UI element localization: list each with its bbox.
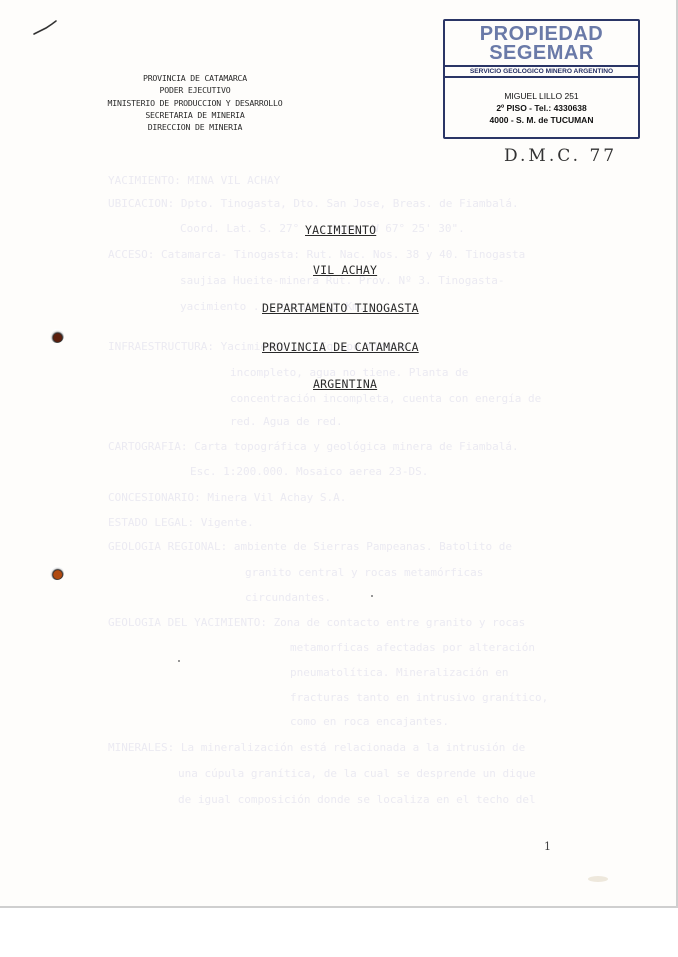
show-through-line: como en roca encajantes. [290,715,449,728]
show-through-line: de igual composición donde se localiza e… [178,793,536,806]
stamp-subtitle: SERVICIO GEOLOGICO MINERO ARGENTINO [445,65,638,78]
show-through-line: red. Agua de red. [230,415,343,428]
title-country: ARGENTINA [313,377,377,391]
speck [371,595,373,597]
show-through-line: circundantes. [245,591,331,604]
show-through-line: CONCESIONARIO: Minera Vil Achay S.A. [108,491,346,504]
stamp-title: SEGEMAR [445,44,638,63]
title-yacimiento: YACIMIENTO [305,223,376,237]
stamp-address-line: 4000 - S. M. de TUCUMAN [445,114,638,126]
title-deposit-name: VIL ACHAY [313,263,377,277]
letterhead-line: SECRETARIA DE MINERIA [100,109,290,121]
show-through-line: una cúpula granítica, de la cual se desp… [178,767,536,780]
show-through-line: granito central y rocas metamórficas [245,566,483,579]
punch-hole-icon [50,566,64,580]
show-through-line: YACIMIENTO: MINA VIL ACHAY [108,174,280,187]
letterhead-line: PODER EJECUTIVO [100,84,290,96]
letterhead: PROVINCIA DE CATAMARCA PODER EJECUTIVO M… [100,72,290,133]
letterhead-line: MINISTERIO DE PRODUCCION Y DESARROLLO [100,97,290,109]
page-number: 1 [544,840,551,853]
show-through-line: concentración incompleta, cuenta con ene… [230,392,541,405]
show-through-line: CARTOGRAFIA: Carta topográfica y geológi… [108,440,519,453]
show-through-line: ESTADO LEGAL: Vigente. [108,516,254,529]
speck [178,660,180,662]
letterhead-line: PROVINCIA DE CATAMARCA [100,72,290,84]
stamp-address-line: 2º PISO - Tel.: 4330638 [445,102,638,114]
punch-hole-icon [50,329,64,343]
show-through-line: ACCESO: Catamarca- Tinogasta: Rut. Nac. … [108,248,525,261]
show-through-line: MINERALES: La mineralización está relaci… [108,741,525,754]
show-through-line: Esc. 1:200.000. Mosaico aerea 23-DS. [190,465,428,478]
show-through-line: GEOLOGIA DEL YACIMIENTO: Zona de contact… [108,616,525,629]
handwritten-code: D.M.C. 77 [504,146,617,166]
property-stamp: PROPIEDAD SEGEMAR SERVICIO GEOLOGICO MIN… [443,19,640,139]
stamp-address: MIGUEL LILLO 251 2º PISO - Tel.: 4330638… [445,90,638,126]
show-through-line: metamorficas afectadas por alteración [290,641,535,654]
document-page: PROVINCIA DE CATAMARCA PODER EJECUTIVO M… [0,0,678,908]
show-through-line: GEOLOGIA REGIONAL: ambiente de Sierras P… [108,540,512,553]
pen-mark-icon [32,18,58,38]
letterhead-line: DIRECCION DE MINERIA [100,121,290,133]
title-department: DEPARTAMENTO TINOGASTA [262,301,419,315]
title-province: PROVINCIA DE CATAMARCA [262,340,419,354]
stamp-address-line: MIGUEL LILLO 251 [445,90,638,102]
show-through-line: pneumatolítica. Mineralización en [290,666,509,679]
show-through-line: UBICACION: Dpto. Tinogasta, Dto. San Jos… [108,197,519,210]
show-through-line: fracturas tanto en intrusivo granítico, [290,691,548,704]
smudge [588,876,608,882]
